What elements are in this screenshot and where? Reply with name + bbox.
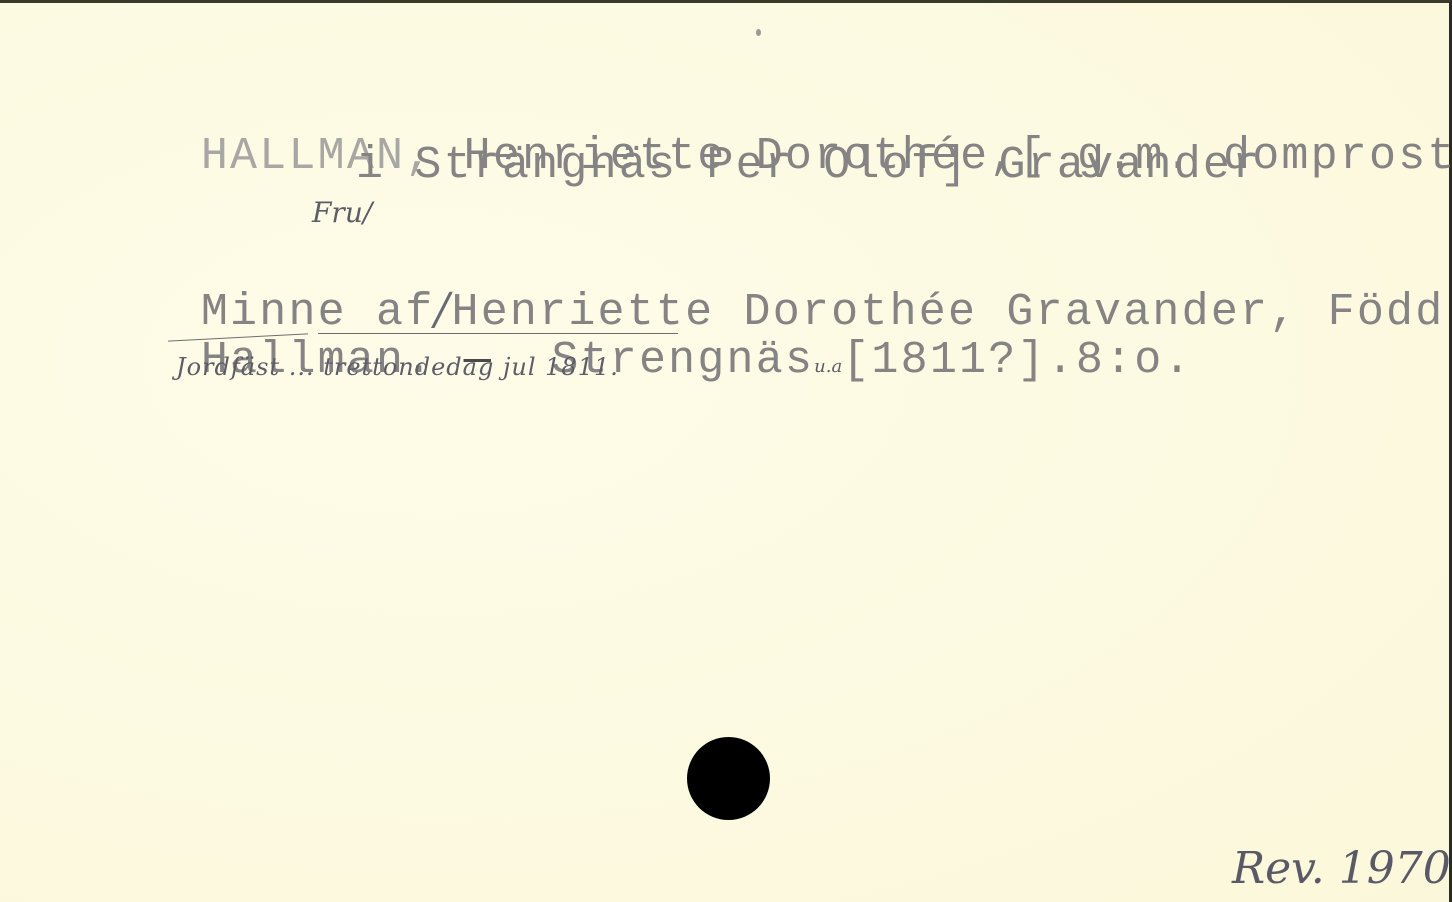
heading-line-2: i Strängnäs Per Olof] Gravander	[356, 143, 1261, 188]
revision-note: Rev. 1970	[1232, 843, 1451, 894]
title-date-format: [1811?].8:o.	[842, 335, 1192, 386]
catalog-card: HALLMAN, Henriette Dorothée,[ g.m. dompr…	[0, 0, 1452, 902]
pencil-underline-right	[318, 333, 678, 334]
handwritten-burial-note: Jordfäst ... trettondedag jul 1811.	[176, 355, 619, 379]
insertion-fru: Fru/	[312, 199, 372, 227]
card-speck	[756, 29, 761, 36]
hole-punch	[687, 737, 770, 820]
publisher-abbrev: u.a	[814, 356, 842, 377]
